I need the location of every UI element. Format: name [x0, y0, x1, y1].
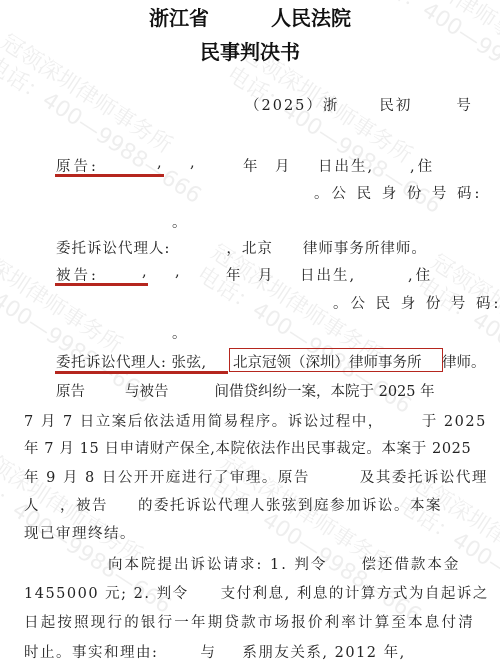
- plaintiff-agent-firm: 律师事务所律师。: [303, 241, 427, 257]
- plaintiff-comma-2: ,: [190, 155, 195, 171]
- plaintiff-label: 原告:: [56, 159, 99, 175]
- body-text: 偿还借款本金: [361, 557, 460, 573]
- defendant-agent-firm: 北京冠领（深圳）律师事务所: [233, 351, 422, 372]
- plaintiff-agent-line: 委托诉讼代理人:，北京律师事务所律师。: [56, 237, 427, 258]
- body-text: 年 9 月 8 日公开开庭进行了审理。原告: [24, 470, 310, 486]
- body-line-4: 年 9 月 8 日公开开庭进行了审理。原告及其委托诉讼代理: [24, 466, 488, 487]
- body-text: 的委托诉讼代理人张弦到庭参加诉讼。本案: [138, 498, 442, 514]
- defendant-comma-2: ,: [175, 264, 180, 280]
- body-line-7: 向本院提出诉讼请求: 1. 判令偿还借款本金: [108, 553, 460, 574]
- body-line-6: 现已审理终结。: [24, 522, 136, 543]
- plaintiff-agent-city: ，北京: [226, 241, 273, 257]
- defendant-comma-1: ,: [142, 264, 147, 280]
- defendant-id-label: 。公 民 身 份 号 码:: [333, 292, 500, 313]
- body-text: 向本院提出诉讼请求: 1. 判令: [108, 557, 327, 573]
- defendant-address-label: ,住: [408, 264, 433, 285]
- document-type-title: 民事判决书: [0, 36, 500, 65]
- defendant-agent-underline: [55, 371, 228, 374]
- body-text: 原告: [56, 384, 85, 400]
- plaintiff-id-end: 。: [172, 211, 187, 232]
- case-year: （2025）浙: [245, 98, 339, 114]
- body-text: 与被告: [125, 384, 169, 400]
- body-text: 与: [200, 645, 216, 661]
- plaintiff-agent-label: 委托诉讼代理人:: [56, 241, 170, 257]
- defendant-birth: 日出生,: [300, 264, 356, 285]
- body-text: ，被告: [60, 498, 108, 514]
- defendant-agent-label: 委托诉讼代理人: 张弦,: [56, 351, 207, 372]
- plaintiff-underline: [55, 174, 164, 177]
- plaintiff-birth: 日出生,: [318, 155, 374, 176]
- defendant-agent-suffix: 律师。: [442, 351, 486, 372]
- body-text: 日起按照现行的银行一年期贷款市场报价利率计算至本息付清: [24, 615, 475, 631]
- body-line-2: 7 月 7 日立案后依法适用简易程序。诉讼过程中，于 2025: [24, 410, 487, 431]
- court-province: 浙江省: [149, 6, 209, 30]
- body-line-10: 时止。事实和理由:与系朋友关系, 2012 年,: [24, 641, 406, 662]
- body-text: 年 7 月 15 日申请财产保全,本院依法作出民事裁定。本案于 2025: [24, 441, 471, 457]
- case-number: （2025）浙民初号: [245, 94, 473, 115]
- plaintiff-address-label: ,住: [410, 155, 435, 176]
- body-line-5: 人，被告的委托诉讼代理人张弦到庭参加诉讼。本案: [24, 494, 442, 515]
- plaintiff-month: 月: [275, 155, 290, 176]
- body-text: 现已审理终结。: [24, 526, 136, 542]
- judgment-document: 浙江省人民法院 民事判决书 （2025）浙民初号 原告: , , 年 月 日出生…: [0, 0, 500, 672]
- court-title: 浙江省人民法院: [0, 2, 500, 31]
- plaintiff-line: 原告:: [56, 155, 99, 176]
- case-type: 民初: [379, 98, 412, 114]
- body-text: 时止。事实和理由:: [24, 645, 158, 661]
- plaintiff-comma-1: ,: [157, 155, 162, 171]
- body-text: 支付利息, 利息的计算方式为自起诉之: [221, 586, 489, 602]
- defendant-label: 被告:: [56, 264, 99, 285]
- body-line-3: 年 7 月 15 日申请财产保全,本院依法作出民事裁定。本案于 2025: [24, 437, 471, 458]
- body-text: 间借贷纠纷一案，本院于 2025 年: [215, 384, 435, 400]
- body-text: 于 2025: [422, 414, 487, 430]
- body-text: 及其委托诉讼代理: [360, 470, 488, 486]
- body-line-8: 1455000 元; 2. 判令支付利息, 利息的计算方式为自起诉之: [24, 582, 489, 603]
- body-text: 系朋友关系, 2012 年,: [242, 645, 405, 661]
- body-text: 1455000 元; 2. 判令: [24, 586, 189, 602]
- defendant-id-end: 。: [172, 322, 187, 343]
- body-line-1: 原告与被告间借贷纠纷一案，本院于 2025 年: [56, 380, 435, 401]
- defendant-underline: [55, 283, 148, 286]
- court-name: 人民法院: [271, 6, 351, 30]
- defendant-year: 年: [226, 264, 241, 285]
- plaintiff-year: 年: [243, 155, 258, 176]
- body-text: 人: [24, 498, 40, 514]
- plaintiff-id-label: 。公 民 身 份 号 码:: [314, 182, 482, 203]
- body-text: 7 月 7 日立案后依法适用简易程序。诉讼过程中，: [24, 414, 384, 430]
- case-suffix: 号: [456, 98, 473, 114]
- body-line-9: 日起按照现行的银行一年期贷款市场报价利率计算至本息付清: [24, 611, 475, 632]
- defendant-month: 月: [258, 264, 273, 285]
